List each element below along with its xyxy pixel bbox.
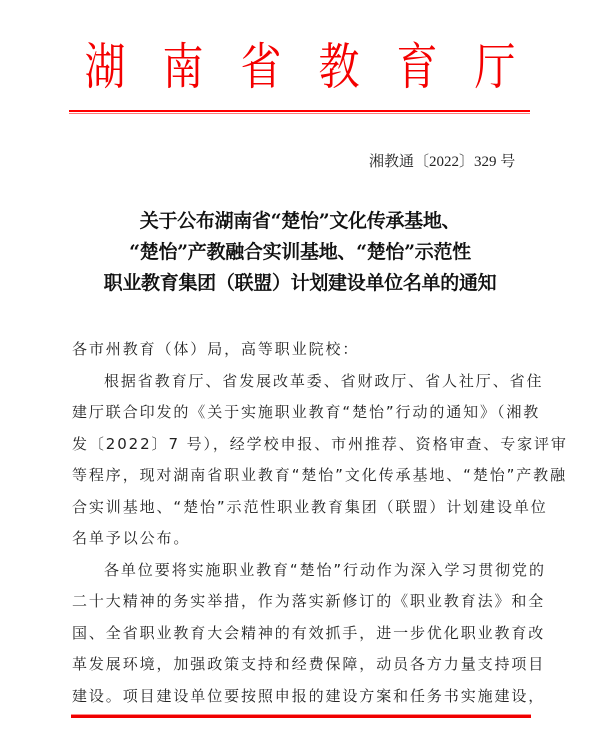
document-title: 关于公布湖南省“楚怡”文化传承基地、 “楚怡”产教融合实训基地、“楚怡”示范性 … <box>60 206 540 299</box>
footer-red-rule <box>71 715 531 718</box>
letterhead-char: 育 <box>397 37 438 97</box>
header-red-rule <box>69 110 530 112</box>
letterhead-char: 厅 <box>475 37 516 97</box>
header-red-rule-thin <box>69 113 530 114</box>
body-line: 建设。项目建设单位要按照申报的建设方案和任务书实施建设， <box>72 681 532 713</box>
document-number: 湘教通〔2022〕329 号 <box>369 152 515 172</box>
letterhead-char: 教 <box>319 37 360 97</box>
title-line: 关于公布湖南省“楚怡”文化传承基地、 <box>60 206 540 237</box>
letterhead-char: 省 <box>241 37 282 97</box>
body-line: 根据省教育厅、省发展改革委、省财政厅、省人社厅、省住 <box>72 366 532 398</box>
body-line: 名单予以公布。 <box>72 523 532 555</box>
body-line: 建厅联合印发的《关于实施职业教育“楚怡”行动的通知》（湘教 <box>72 397 532 429</box>
body-line: 等程序，现对湖南省职业教育“楚怡”文化传承基地、“楚怡”产教融 <box>72 460 532 492</box>
salutation: 各市州教育（体）局，高等职业院校： <box>72 334 532 366</box>
document-page: 湖 南 省 教 育 厅 湘教通〔2022〕329 号 关于公布湖南省“楚怡”文化… <box>0 0 600 747</box>
letterhead-char: 南 <box>163 37 204 97</box>
title-line: 职业教育集团（联盟）计划建设单位名单的通知 <box>60 268 540 299</box>
body-line: 各单位要将实施职业教育“楚怡”行动作为深入学习贯彻党的 <box>72 555 532 587</box>
body-line: 国、全省职业教育大会精神的有效抓手，进一步优化职业教育改 <box>72 618 532 650</box>
letterhead-title: 湖 南 省 教 育 厅 <box>70 34 530 100</box>
letterhead-char: 湖 <box>85 37 126 97</box>
document-body: 各市州教育（体）局，高等职业院校： 根据省教育厅、省发展改革委、省财政厅、省人社… <box>72 334 532 712</box>
body-line: 发〔2022〕7 号），经学校申报、市州推荐、资格审查、专家评审 <box>72 429 532 461</box>
body-line: 二十大精神的务实举措，作为落实新修订的《职业教育法》和全 <box>72 586 532 618</box>
title-line: “楚怡”产教融合实训基地、“楚怡”示范性 <box>60 237 540 268</box>
body-line: 合实训基地、“楚怡”示范性职业教育集团（联盟）计划建设单位 <box>72 492 532 524</box>
body-line: 革发展环境，加强政策支持和经费保障，动员各方力量支持项目 <box>72 649 532 681</box>
